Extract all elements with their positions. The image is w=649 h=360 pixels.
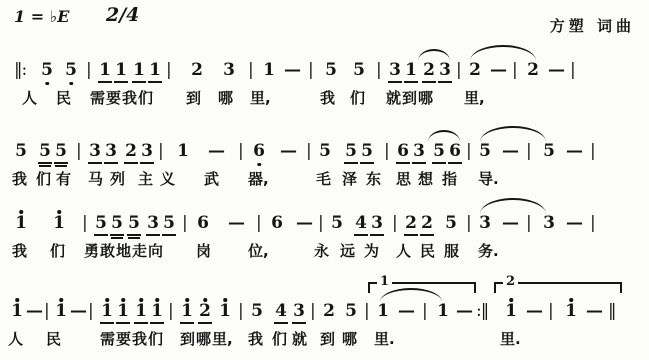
barline: | xyxy=(570,62,575,79)
note: 1 xyxy=(100,303,114,324)
note: 3 xyxy=(412,143,426,164)
note: 1 xyxy=(134,303,148,324)
lyric: 哪 xyxy=(342,332,357,347)
note: 3 xyxy=(478,215,492,232)
barline: | xyxy=(364,303,369,320)
barline: | xyxy=(166,62,171,79)
barline: | xyxy=(82,215,87,232)
note: 5 xyxy=(54,143,68,164)
slur-tie-arc xyxy=(470,45,536,61)
duration-dash: — xyxy=(456,303,473,320)
duration-dash: — xyxy=(566,143,583,160)
lyric: 要 xyxy=(106,91,121,106)
lyric: 哪 xyxy=(196,332,211,347)
lyric: 就 xyxy=(386,91,401,106)
lyric: 务. xyxy=(478,244,499,259)
note: 2 xyxy=(422,62,436,83)
duration-dash: — xyxy=(296,215,313,232)
lyric: 们 xyxy=(350,91,365,106)
note: 2 xyxy=(526,62,540,79)
note: 3 xyxy=(542,215,556,232)
note: 6 xyxy=(270,215,284,232)
lyric: 们 xyxy=(50,244,65,259)
repeat-end-sign: :‖ xyxy=(476,303,488,320)
volta-bracket: 2 xyxy=(494,282,622,293)
lyric: 主 xyxy=(138,172,153,187)
note: 5 xyxy=(162,215,176,236)
final-barline: ‖ xyxy=(608,303,616,320)
duration-dash: — xyxy=(502,215,519,232)
lyric: 需 xyxy=(100,332,115,347)
barline: | xyxy=(590,143,595,160)
lyric: 毛 xyxy=(316,172,331,187)
note: 1 xyxy=(218,303,232,320)
note: 5 xyxy=(352,62,366,79)
barline: | xyxy=(466,215,471,232)
note: 5 xyxy=(127,215,141,236)
barline: | xyxy=(308,62,313,79)
note: 3 xyxy=(146,215,160,236)
duration-dash: — xyxy=(566,215,583,232)
note: 1 xyxy=(116,303,130,324)
lyric: 远 xyxy=(340,244,355,259)
note: 3 xyxy=(140,143,154,164)
lyric: 马 xyxy=(88,172,103,187)
lyric: 就 xyxy=(292,332,307,347)
note: 1 xyxy=(176,143,190,160)
duration-dash: — xyxy=(502,143,519,160)
note: 1 xyxy=(150,303,164,324)
lyric: 有 xyxy=(56,172,71,187)
lyric: 器, xyxy=(248,172,269,187)
note: 1 xyxy=(262,62,276,79)
note: 2 xyxy=(468,62,482,79)
barline: | xyxy=(238,143,243,160)
lyric: 永 xyxy=(314,244,329,259)
barline: | xyxy=(526,143,531,160)
lyric: 为 xyxy=(364,244,379,259)
barline: | xyxy=(376,62,381,79)
note: 5 xyxy=(542,143,556,160)
note: 5 xyxy=(344,143,358,164)
lyric: 里. xyxy=(374,332,395,347)
lyric: 导. xyxy=(478,172,499,187)
barline: | xyxy=(548,303,553,320)
note: 1 xyxy=(54,303,68,320)
lyric: 我 xyxy=(12,172,27,187)
lyric: 到 xyxy=(180,332,195,347)
lyric: 东 xyxy=(366,172,381,187)
note: 3 xyxy=(388,62,402,83)
lyric: 武 xyxy=(204,172,219,187)
note: 6 xyxy=(252,143,266,160)
note: 2 xyxy=(420,215,434,236)
note: 5 xyxy=(38,143,52,164)
lyric: 人 xyxy=(8,332,23,347)
lyric: 我 xyxy=(320,91,335,106)
note: 5 xyxy=(94,215,108,236)
lyric: 岗 xyxy=(196,244,211,259)
lyric: 人 xyxy=(396,244,411,259)
barline: | xyxy=(392,215,397,232)
note: 1 xyxy=(148,62,162,83)
barline: | xyxy=(590,215,595,232)
duration-dash: — xyxy=(26,303,43,320)
note: 1 xyxy=(376,303,390,320)
score-canvas: 1 = ♭E 2/4 方塑 词曲 ‖:55|1111|23|1—|55|3123… xyxy=(0,0,649,360)
lyric: 我 xyxy=(12,244,27,259)
note: 1 xyxy=(404,62,418,83)
note: 1 xyxy=(564,303,578,320)
lyric: 义 xyxy=(160,172,175,187)
note: 1 xyxy=(132,62,146,83)
duration-dash: — xyxy=(228,215,245,232)
barline: | xyxy=(238,303,243,320)
lyric: 哪 xyxy=(218,91,233,106)
barline: | xyxy=(512,62,517,79)
note: 1 xyxy=(180,303,194,324)
note: 3 xyxy=(370,215,384,236)
barline: | xyxy=(384,143,389,160)
lyric: 位, xyxy=(248,244,269,259)
lyric: 人 xyxy=(22,91,37,106)
note: 1 xyxy=(52,215,66,232)
lyric: 列 xyxy=(110,172,125,187)
note: 6 xyxy=(396,143,410,164)
note: 1 xyxy=(10,303,24,320)
lyric: 我 xyxy=(132,332,147,347)
barline: | xyxy=(76,143,81,160)
lyric: 地 xyxy=(116,244,131,259)
barline: | xyxy=(456,62,461,79)
note: 3 xyxy=(104,143,118,164)
note: 5 xyxy=(444,215,458,232)
barline: | xyxy=(310,303,315,320)
barline: | xyxy=(44,303,49,320)
note: 5 xyxy=(344,303,358,320)
barline: | xyxy=(306,143,311,160)
time-signature: 2/4 xyxy=(106,4,139,26)
duration-dash: — xyxy=(208,143,225,160)
volta-number: 1 xyxy=(377,275,392,288)
note: 2 xyxy=(322,303,336,320)
duration-dash: — xyxy=(70,303,87,320)
lyric: 向 xyxy=(148,244,163,259)
lyric: 哪 xyxy=(418,91,433,106)
note: 1 xyxy=(14,215,28,232)
duration-dash: — xyxy=(398,303,415,320)
lyric: 到 xyxy=(402,91,417,106)
lyric: 走 xyxy=(132,244,147,259)
lyric: 思 xyxy=(396,172,411,187)
note: 2 xyxy=(190,62,204,79)
lyric: 里. xyxy=(500,332,521,347)
barline: | xyxy=(422,303,427,320)
note: 4 xyxy=(274,303,288,324)
note: 3 xyxy=(88,143,102,164)
note: 6 xyxy=(448,143,462,164)
note: 5 xyxy=(478,143,492,160)
slur-tie-arc xyxy=(480,198,546,214)
lyric: 我 xyxy=(122,91,137,106)
note: 2 xyxy=(198,303,212,324)
duration-dash: — xyxy=(526,303,543,320)
barline: | xyxy=(86,62,91,79)
note: 5 xyxy=(324,62,338,79)
lyric: 服 xyxy=(444,244,459,259)
note: 5 xyxy=(360,143,374,164)
slur-tie-arc xyxy=(480,126,546,142)
duration-dash: — xyxy=(280,143,297,160)
note: 3 xyxy=(222,62,236,79)
lyric: 们 xyxy=(36,172,51,187)
note: 5 xyxy=(14,143,28,160)
barline: | xyxy=(168,303,173,320)
barline: | xyxy=(526,215,531,232)
duration-dash: — xyxy=(284,62,301,79)
barline: | xyxy=(318,215,323,232)
lyric: 我 xyxy=(248,332,263,347)
lyric: 民 xyxy=(56,91,71,106)
lyric: 想 xyxy=(418,172,433,187)
lyric: 需 xyxy=(90,91,105,106)
barline: | xyxy=(466,143,471,160)
note: 2 xyxy=(404,215,418,236)
lyric: 们 xyxy=(272,332,287,347)
volta-bracket: 1 xyxy=(368,282,476,293)
note: 1 xyxy=(436,303,450,320)
lyric: 民 xyxy=(420,244,435,259)
barline: | xyxy=(158,143,163,160)
lyric: 里, xyxy=(212,332,233,347)
barline: | xyxy=(182,215,187,232)
volta-number: 2 xyxy=(503,275,518,288)
slur-tie-arc xyxy=(418,49,450,61)
note: 5 xyxy=(330,215,344,232)
note: 2 xyxy=(124,143,138,164)
note: 5 xyxy=(318,143,332,160)
barline: | xyxy=(256,215,261,232)
note: 1 xyxy=(504,303,518,320)
lyric: 泽 xyxy=(342,172,357,187)
barline: | xyxy=(88,303,93,320)
lyric: 到 xyxy=(320,332,335,347)
note: 1 xyxy=(98,62,112,83)
composer-credit: 方塑 词曲 xyxy=(550,15,635,36)
lyric: 要 xyxy=(116,332,131,347)
slur-tie-arc xyxy=(428,130,460,142)
note: 5 xyxy=(110,215,124,236)
sheet-music-page: { "header": { "key_signature": "1 = ♭E",… xyxy=(0,0,649,360)
lyric: 勇 xyxy=(84,244,99,259)
note: 5 xyxy=(250,303,264,320)
lyric: 们 xyxy=(138,91,153,106)
lyric: 到 xyxy=(186,91,201,106)
duration-dash: — xyxy=(586,303,603,320)
lyric: 里, xyxy=(250,91,271,106)
repeat-start-sign: ‖: xyxy=(14,62,26,79)
note: 5 xyxy=(64,62,78,79)
duration-dash: — xyxy=(548,62,565,79)
key-signature: 1 = ♭E xyxy=(14,7,69,26)
note: 1 xyxy=(114,62,128,83)
note: 4 xyxy=(354,215,368,236)
note: 5 xyxy=(432,143,446,164)
lyric: 指 xyxy=(442,172,457,187)
lyric: 民 xyxy=(46,332,61,347)
note: 3 xyxy=(438,62,452,83)
lyric: 们 xyxy=(148,332,163,347)
lyric: 敢 xyxy=(100,244,115,259)
barline: | xyxy=(248,62,253,79)
note: 5 xyxy=(40,62,54,79)
duration-dash: — xyxy=(490,62,507,79)
lyric: 里, xyxy=(464,91,485,106)
note: 6 xyxy=(196,215,210,232)
note: 3 xyxy=(292,303,306,324)
